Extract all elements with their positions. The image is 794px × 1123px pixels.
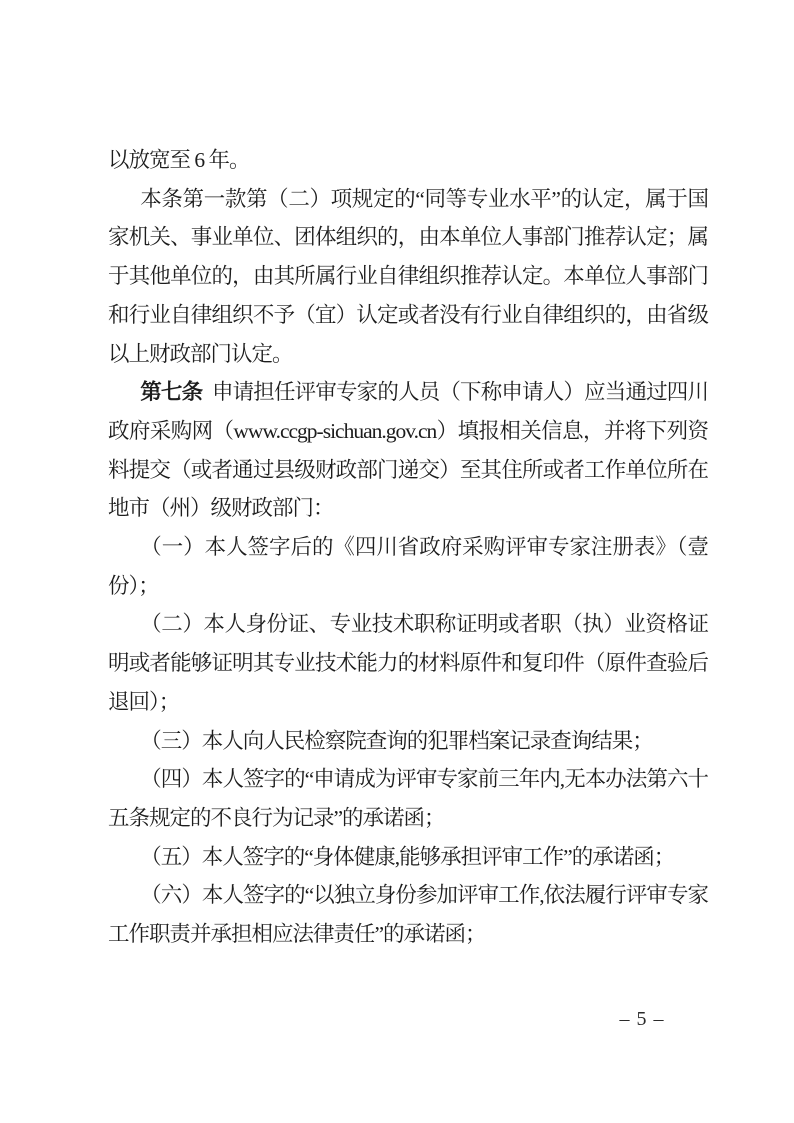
paragraph-item-1: （一）本人签字后的《四川省政府采购评审专家注册表》（壹份）； (108, 528, 708, 605)
paragraph-article-7: 第七条申请担任评审专家的人员（下称申请人）应当通过四川政府采购网（www.ccg… (108, 373, 708, 528)
page-number: – 5 – (610, 1008, 674, 1031)
paragraph-item-5: （五）本人签字的“身体健康,能够承担评审工作”的承诺函； (108, 838, 708, 877)
article-7-number: 第七条 (140, 380, 202, 404)
paragraph-item-6: （六）本人签字的“以独立身份参加评审工作,依法履行评审专家工作职责并承担相应法律… (108, 876, 708, 953)
paragraph-continuation: 以放宽至 6 年。 (108, 141, 708, 180)
document-page: 以放宽至 6 年。 本条第一款第（二）项规定的“同等专业水平”的认定，属于国家机… (0, 0, 794, 1123)
document-body: 以放宽至 6 年。 本条第一款第（二）项规定的“同等专业水平”的认定，属于国家机… (108, 141, 708, 954)
paragraph-item-4: （四）本人签字的“申请成为评审专家前三年内,无本办法第六十五条规定的不良行为记录… (108, 760, 708, 837)
paragraph-equal-level-recognition: 本条第一款第（二）项规定的“同等专业水平”的认定，属于国家机关、事业单位、团体组… (108, 180, 708, 374)
paragraph-item-3: （三）本人向人民检察院查询的犯罪档案记录查询结果； (108, 722, 708, 761)
paragraph-item-2: （二）本人身份证、专业技术职称证明或者职（执）业资格证明或者能够证明其专业技术能… (108, 605, 708, 721)
